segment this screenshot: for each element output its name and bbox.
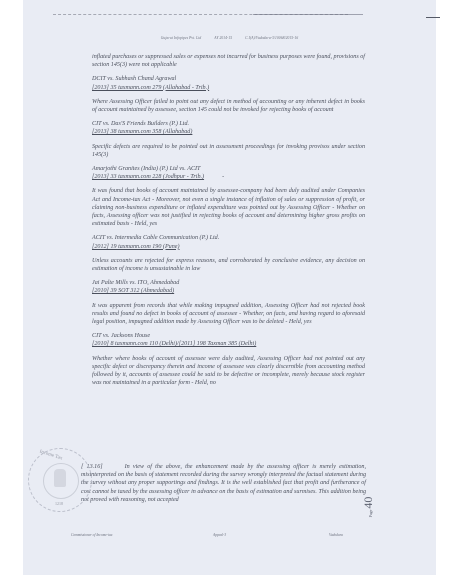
- emblem-icon: [54, 469, 66, 487]
- paragraph: It was found that books of account maint…: [92, 187, 365, 228]
- paragraph: Specific defects are required to be poin…: [92, 143, 365, 159]
- official-seal: Income Tax 1218: [28, 448, 92, 512]
- footer-right: Vadodara: [329, 533, 343, 537]
- case-name: CIT vs. Das'S Friends Builders (P.) Ltd.: [92, 120, 365, 128]
- footer-left: Commissioner of Income-tax: [71, 533, 113, 537]
- seal-text-top: Income Tax: [39, 449, 63, 461]
- case-citation-wrap: [2013] 33 taxmann.com 228 (Jodhpur - Tri…: [92, 173, 365, 181]
- case-citation: [2010] 8 taxmann.com 110 (Delhi)/[2011] …: [92, 340, 365, 348]
- header-company: Gujarat Infopipes Pvt. Ltd: [161, 36, 202, 40]
- pen-mark: -: [222, 173, 224, 181]
- case-name: Jai Palte Mills vs. ITO, Ahmedabad: [92, 279, 365, 287]
- case-citation: [2013] 38 taxmann.com 358 (Allahabad): [92, 128, 365, 136]
- case-citation: [2012] 19 taxmann.com 190 (Pune): [92, 243, 365, 251]
- document-page: Gujarat Infopipes Pvt. Ltd AY 2014-15 C.…: [23, 0, 436, 575]
- case-citation: [2013] 35 taxmann.com 279 (Allahabad - T…: [92, 84, 365, 92]
- page-label: Page: [368, 510, 373, 518]
- case-citation: [2013] 33 taxmann.com 228 (Jodhpur - Tri…: [92, 174, 204, 180]
- case-name: ACIT vs. Intermedia Cable Communication …: [92, 234, 365, 242]
- header-year: AY 2014-15: [214, 36, 232, 40]
- paragraph: Unless accounts are rejected for express…: [92, 257, 365, 273]
- paragraph: It was apparent from records that while …: [92, 302, 365, 327]
- paragraph: inflated purchases or suppressed sales o…: [92, 53, 365, 69]
- paragraph: Whether where books of account of assess…: [92, 355, 365, 388]
- case-citation: [2010] 39 SOT 312 (Ahmedabad): [92, 287, 365, 295]
- corner-mark: [426, 17, 440, 18]
- scan-artifact-line-2: [253, 14, 363, 15]
- paragraph: Where Assessing Officer failed to point …: [92, 98, 365, 114]
- case-name: CIT vs. Jacksons House: [92, 332, 365, 340]
- page-number: Page40: [361, 499, 401, 515]
- case-name: Amarjothi Granites (India) (P.) Ltd vs. …: [92, 165, 365, 173]
- page-number-value: 40: [361, 497, 376, 509]
- running-header: Gujarat Infopipes Pvt. Ltd AY 2014-15 C.…: [23, 36, 436, 40]
- case-law-list: inflated purchases or suppressed sales o…: [92, 53, 365, 394]
- seal-text-bottom: 1218: [55, 501, 63, 506]
- header-ref: C.I(A)/Vadodara-3/10068/2015-16: [245, 36, 298, 40]
- main-paragraph-text: In view of the above, the enhancement ma…: [81, 464, 366, 503]
- main-paragraph: [ 13.16]In view of the above, the enhanc…: [81, 463, 366, 504]
- footer-middle: Appeal-3: [213, 533, 226, 537]
- case-name: DCIT vs. Subhash Chand Agrawal: [92, 75, 365, 83]
